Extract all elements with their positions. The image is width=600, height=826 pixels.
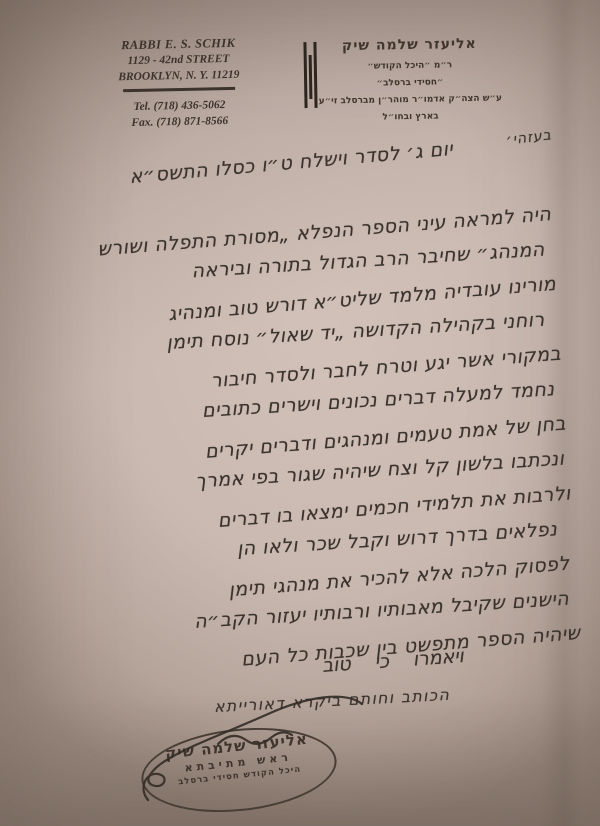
fax-number: Fax. (718) 871-8566 [85, 112, 275, 132]
address-city: BROOKLYN, N. Y. 11219 [84, 66, 274, 86]
letterhead-english: RABBI E. S. SCHIK 1129 - 42nd STREET BRO… [83, 34, 275, 132]
rabbi-name-hebrew: אליעזר שלמה שיק [259, 33, 559, 56]
letter-body: היה למראה עיני הספר הנפלא „מסורת התפלה ו… [46, 197, 582, 686]
letter-photo: RABBI E. S. SCHIK 1129 - 42nd STREET BRO… [0, 0, 600, 826]
bsd-heading: בעזהי׳ [505, 127, 552, 148]
letterhead-divider [123, 87, 235, 92]
letterhead-hebrew: אליעזר שלמה שיק ר״מ ״היכל הקודש״ ״חסידי … [259, 33, 561, 128]
rabbi-stamp: אליעזר שלמה שיק ראש מתיבתא היכל הקודש חס… [137, 719, 340, 821]
letter-date-line: יום ג׳ לסדר וישלח ט״ו כסלו התשס״א [129, 138, 454, 188]
letter-signoff-line: הכותב וחותם ביקרא דאורייתא [213, 686, 450, 716]
